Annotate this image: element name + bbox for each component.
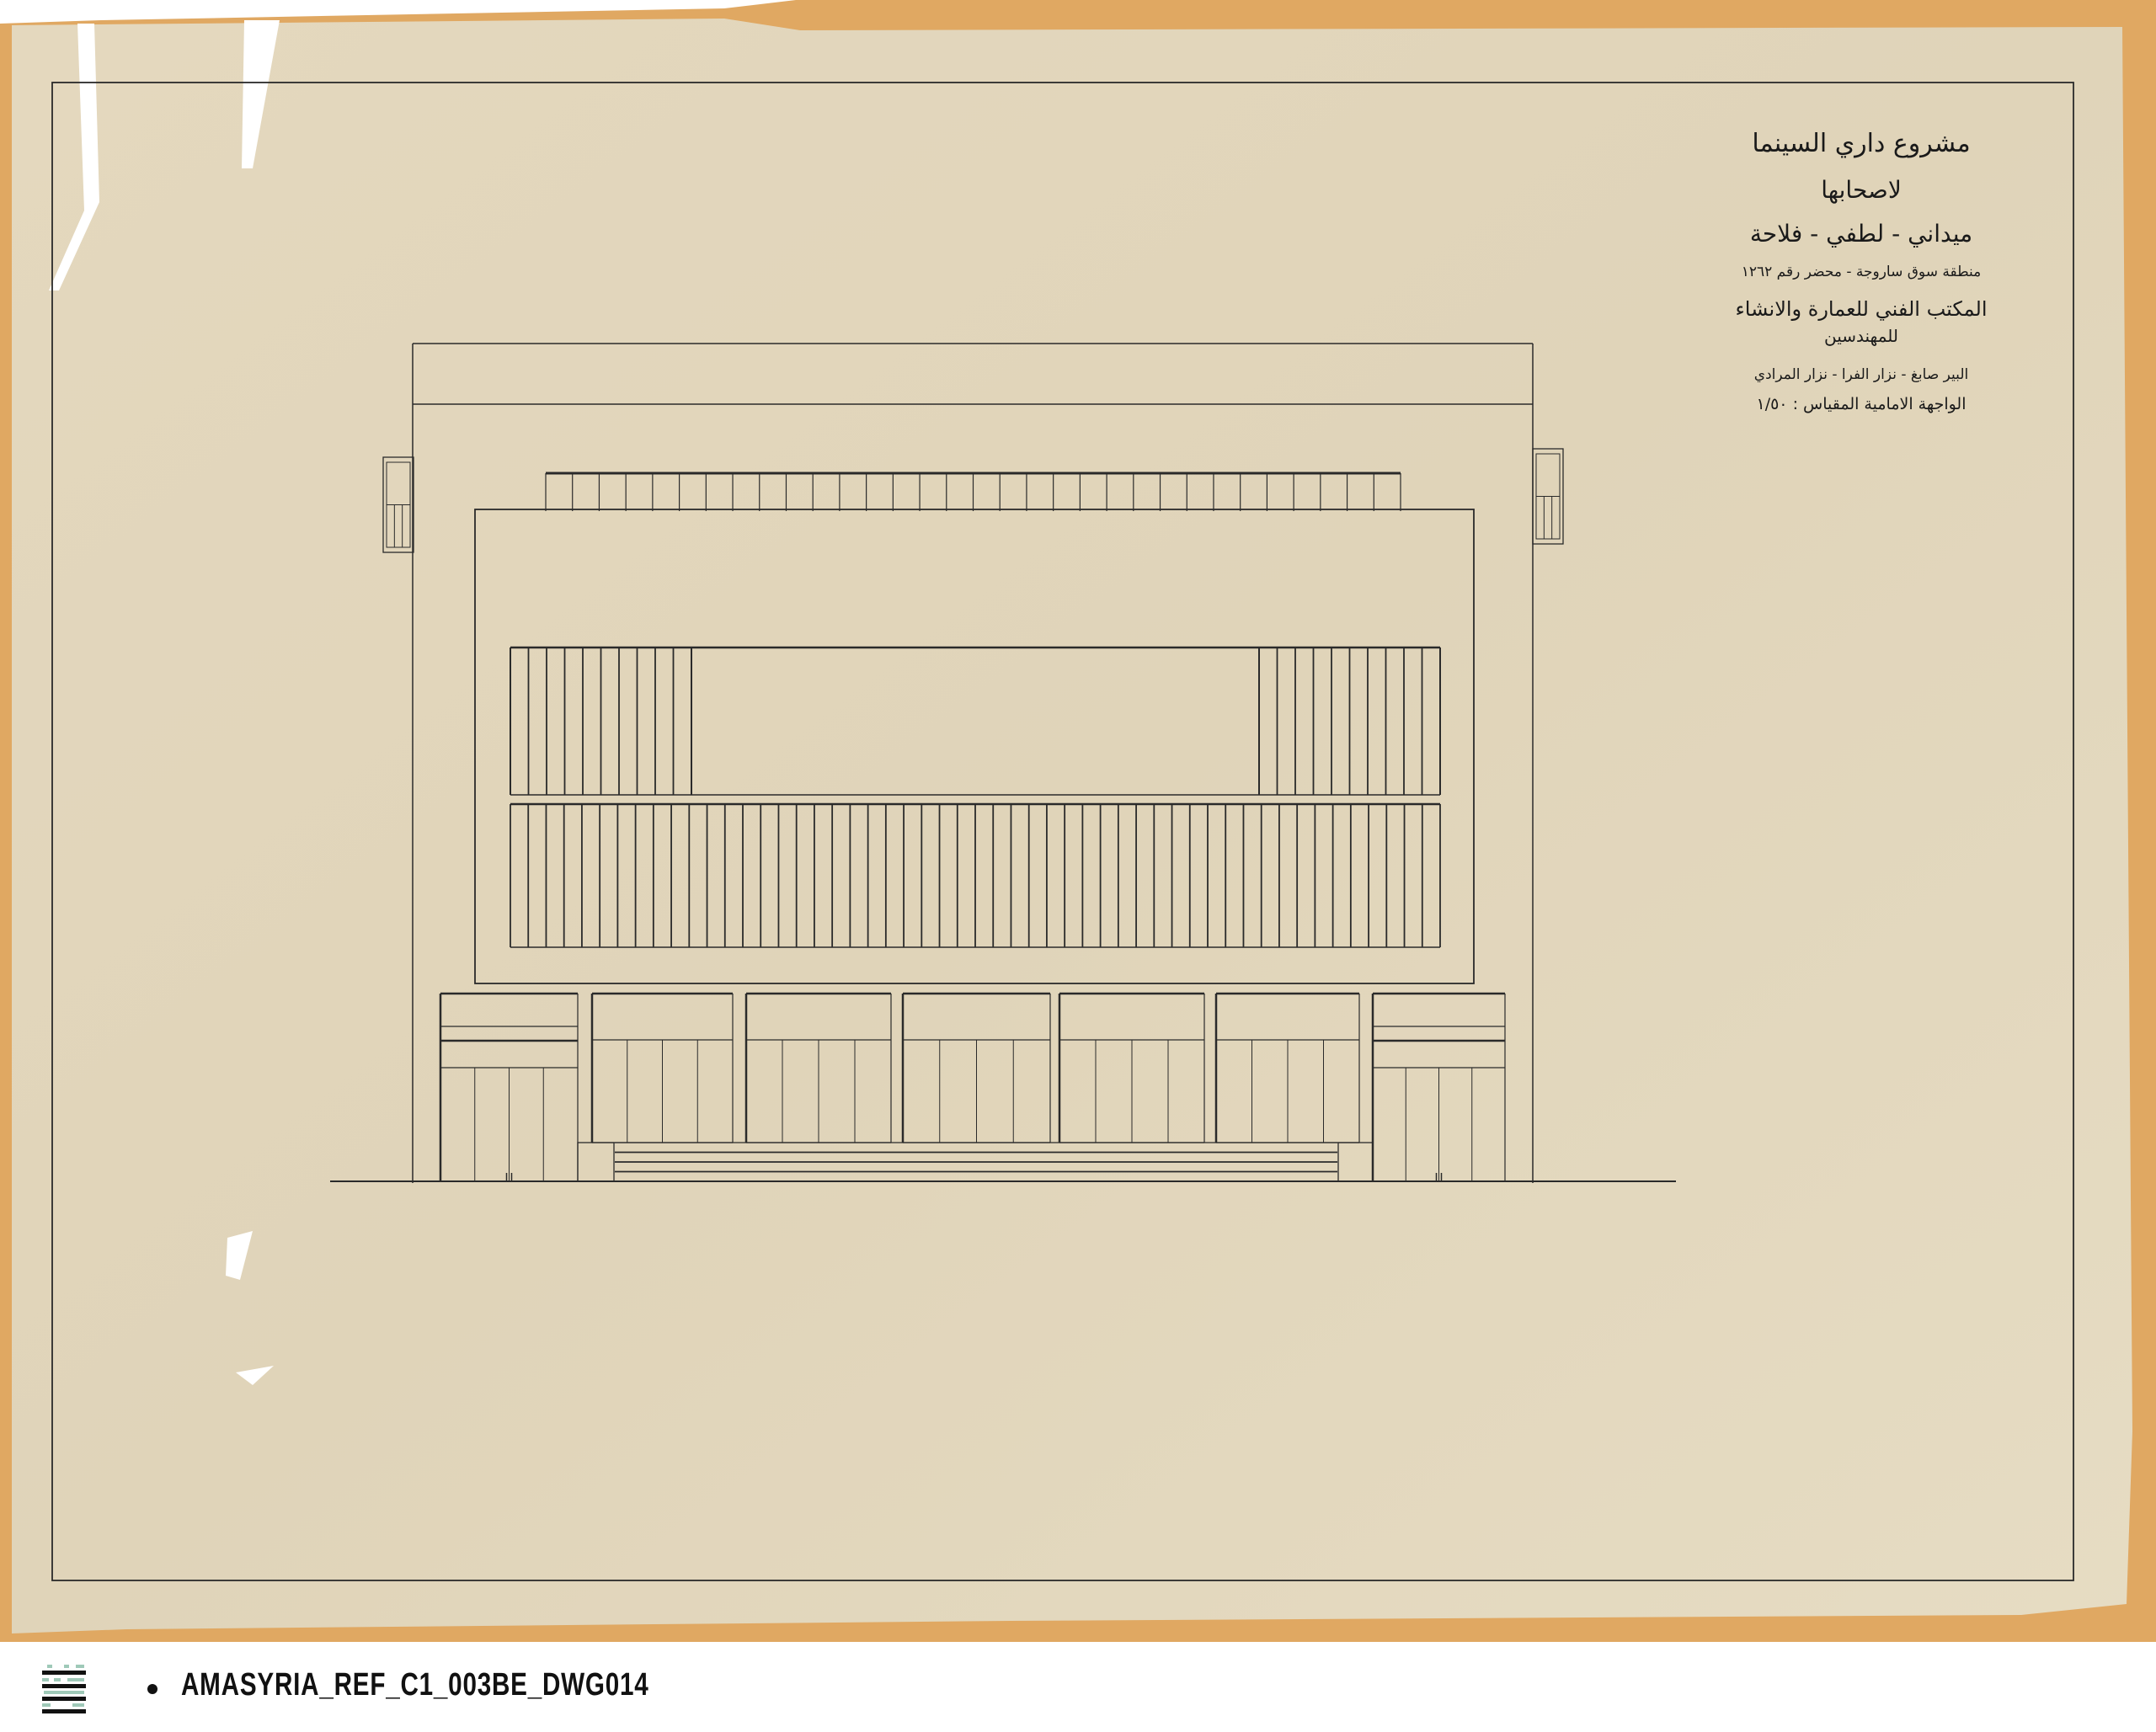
title-block: مشروع داري السينما لاصحابها ميداني - لطف… [1693,126,2030,416]
engineers-names: البير صابغ - نزار الفرا - نزار المرادي [1693,364,2030,386]
footer-bullet [147,1684,157,1694]
owners-label: لاصحابها [1693,173,2030,207]
drawing-sheet: مشروع داري السينما لاصحابها ميداني - لطف… [0,0,2156,1642]
footer-bar: AMASYRIA_REF_C1_003BE_DWG014 [0,1642,2156,1732]
office-name: المكتب الفني للعمارة والانشاء [1693,295,2030,323]
amasyria-logo-icon [42,1663,86,1713]
project-title: مشروع داري السينما [1693,126,2030,162]
sheet-title-scale: الواجهة الامامية المقياس : ١/٥٠ [1693,392,2030,416]
location-text: منطقة سوق ساروجة - محضر رقم ١٢٦٢ [1693,261,2030,283]
reference-code: AMASYRIA_REF_C1_003BE_DWG014 [181,1667,649,1703]
office-sub: للمهندسين [1693,323,2030,349]
owners-names: ميداني - لطفي - فلاحة [1693,217,2030,251]
